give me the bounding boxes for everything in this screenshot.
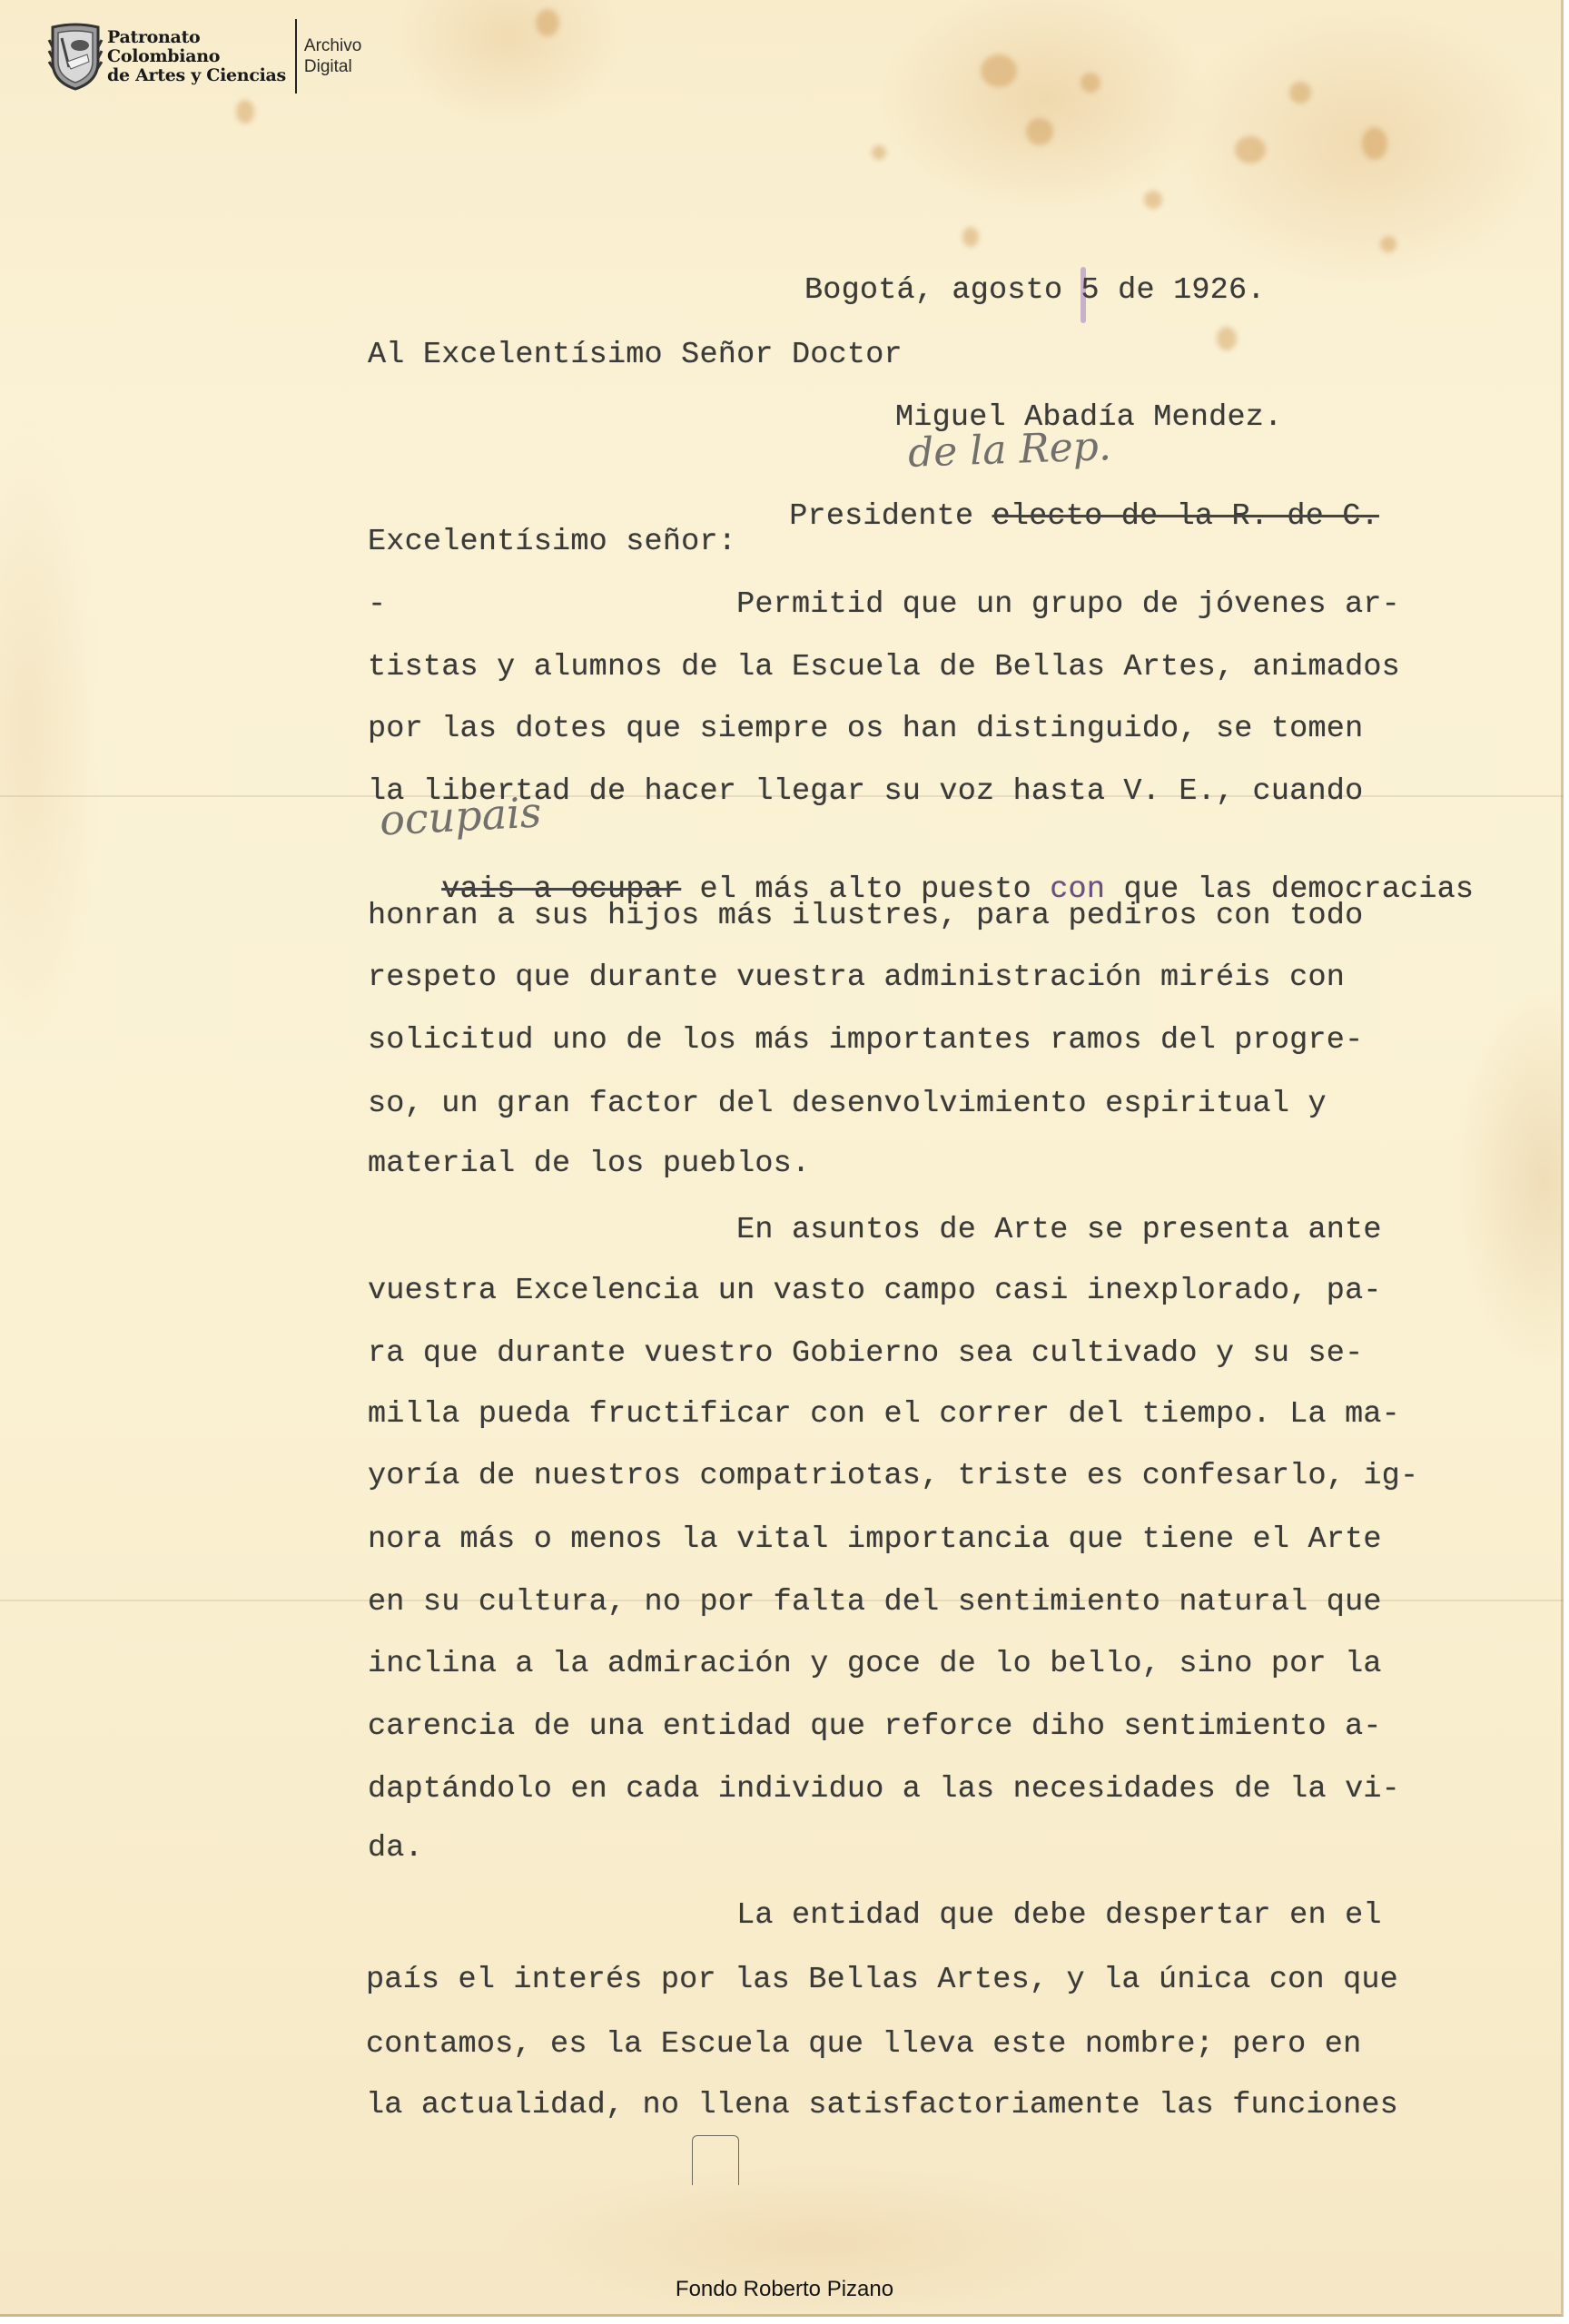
paragraph-1-line-7: respeto que durante vuestra administraci…	[368, 960, 1345, 996]
archive-logo: Patronato Colombiano de Artes y Ciencias…	[47, 18, 361, 94]
section-line-2: Digital	[304, 56, 361, 77]
paragraph-2-line-8: inclina a la admiración y goce de lo bel…	[368, 1646, 1382, 1682]
stain	[1235, 136, 1266, 163]
title-prefix: Presidente	[789, 499, 973, 534]
paragraph-1-line-8: solicitud uno de los más importantes ram…	[368, 1022, 1363, 1059]
logo-divider	[295, 19, 297, 94]
stain	[1217, 327, 1237, 350]
document-page: Patronato Colombiano de Artes y Ciencias…	[0, 0, 1564, 2317]
stain	[1144, 191, 1162, 209]
org-name-line-2: Colombiano	[107, 47, 286, 66]
stain	[981, 54, 1017, 87]
stain	[536, 9, 559, 36]
paragraph-1-line-6: honran a sus hijos más ilustres, para pe…	[368, 898, 1363, 934]
paragraph-2-line-2: vuestra Excelencia un vasto campo casi i…	[368, 1273, 1382, 1309]
paragraph-2-line-9: carencia de una entidad que reforce diho…	[368, 1709, 1382, 1745]
stain	[1026, 118, 1053, 145]
paragraph-1-line-3: por las dotes que siempre os han disting…	[368, 711, 1363, 747]
paragraph-3-line-1: La entidad que debe despertar en el	[368, 1897, 1382, 1934]
paragraph-2-line-5: yoría de nuestros compatriotas, triste e…	[368, 1458, 1418, 1494]
title-struck-text: electo de la R. de C.	[992, 499, 1379, 534]
stain	[236, 100, 254, 123]
paragraph-1-line-2: tistas y alumnos de la Escuela de Bellas…	[368, 649, 1400, 685]
letter-date: Bogotá, agosto 5 de 1926.	[804, 272, 1266, 309]
paragraph-3-line-3: contamos, es la Escuela que lleva este n…	[366, 2026, 1361, 2063]
letter-greeting: Excelentísimo señor:	[368, 524, 736, 560]
pencil-bracket-mark	[692, 2135, 739, 2185]
archive-section-name: Archivo Digital	[304, 35, 361, 77]
organization-name: Patronato Colombiano de Artes y Ciencias	[107, 28, 286, 85]
paragraph-3-line-2: país el interés por las Bellas Artes, y …	[366, 1962, 1398, 1998]
collection-footer: Fondo Roberto Pizano	[0, 2277, 1569, 2302]
paragraph-2-line-3: ra que durante vuestro Gobierno sea cult…	[368, 1335, 1363, 1372]
stain	[962, 227, 979, 247]
paragraph-2-line-10: daptándolo en cada individuo a las neces…	[368, 1771, 1400, 1807]
org-name-line-3: de Artes y Ciencias	[107, 66, 286, 85]
stain	[1289, 82, 1311, 103]
recipient-title: Presidente electo de la R. de C.	[715, 462, 1379, 571]
paragraph-1-line-9: so, un gran factor del desenvolvimiento …	[368, 1086, 1327, 1122]
org-name-line-1: Patronato	[107, 28, 286, 47]
stain	[1362, 127, 1387, 160]
paragraph-2-line-4: milla pueda fructificar con el correr de…	[368, 1396, 1400, 1433]
paragraph-3-line-4: la actualidad, no llena satisfactoriamen…	[366, 2087, 1398, 2123]
paragraph-2-line-1: En asuntos de Arte se presenta ante	[368, 1212, 1382, 1248]
recipient-salutation: Al Excelentísimo Señor Doctor	[368, 337, 903, 373]
paragraph-2-line-11: da.	[368, 1830, 423, 1866]
stain	[1081, 73, 1100, 93]
paragraph-1-line-1: - Permitid que un grupo de jóvenes ar-	[368, 586, 1400, 623]
paragraph-2-line-6: nora más o menos la vital importancia qu…	[368, 1521, 1382, 1558]
shield-emblem-icon	[47, 22, 104, 91]
paragraph-2-line-7: en su cultura, no por falta del sentimie…	[368, 1584, 1382, 1620]
stain	[1380, 236, 1396, 252]
section-line-1: Archivo	[304, 35, 361, 56]
paragraph-1-line-10: material de los pueblos.	[368, 1146, 810, 1182]
stain	[872, 145, 886, 160]
